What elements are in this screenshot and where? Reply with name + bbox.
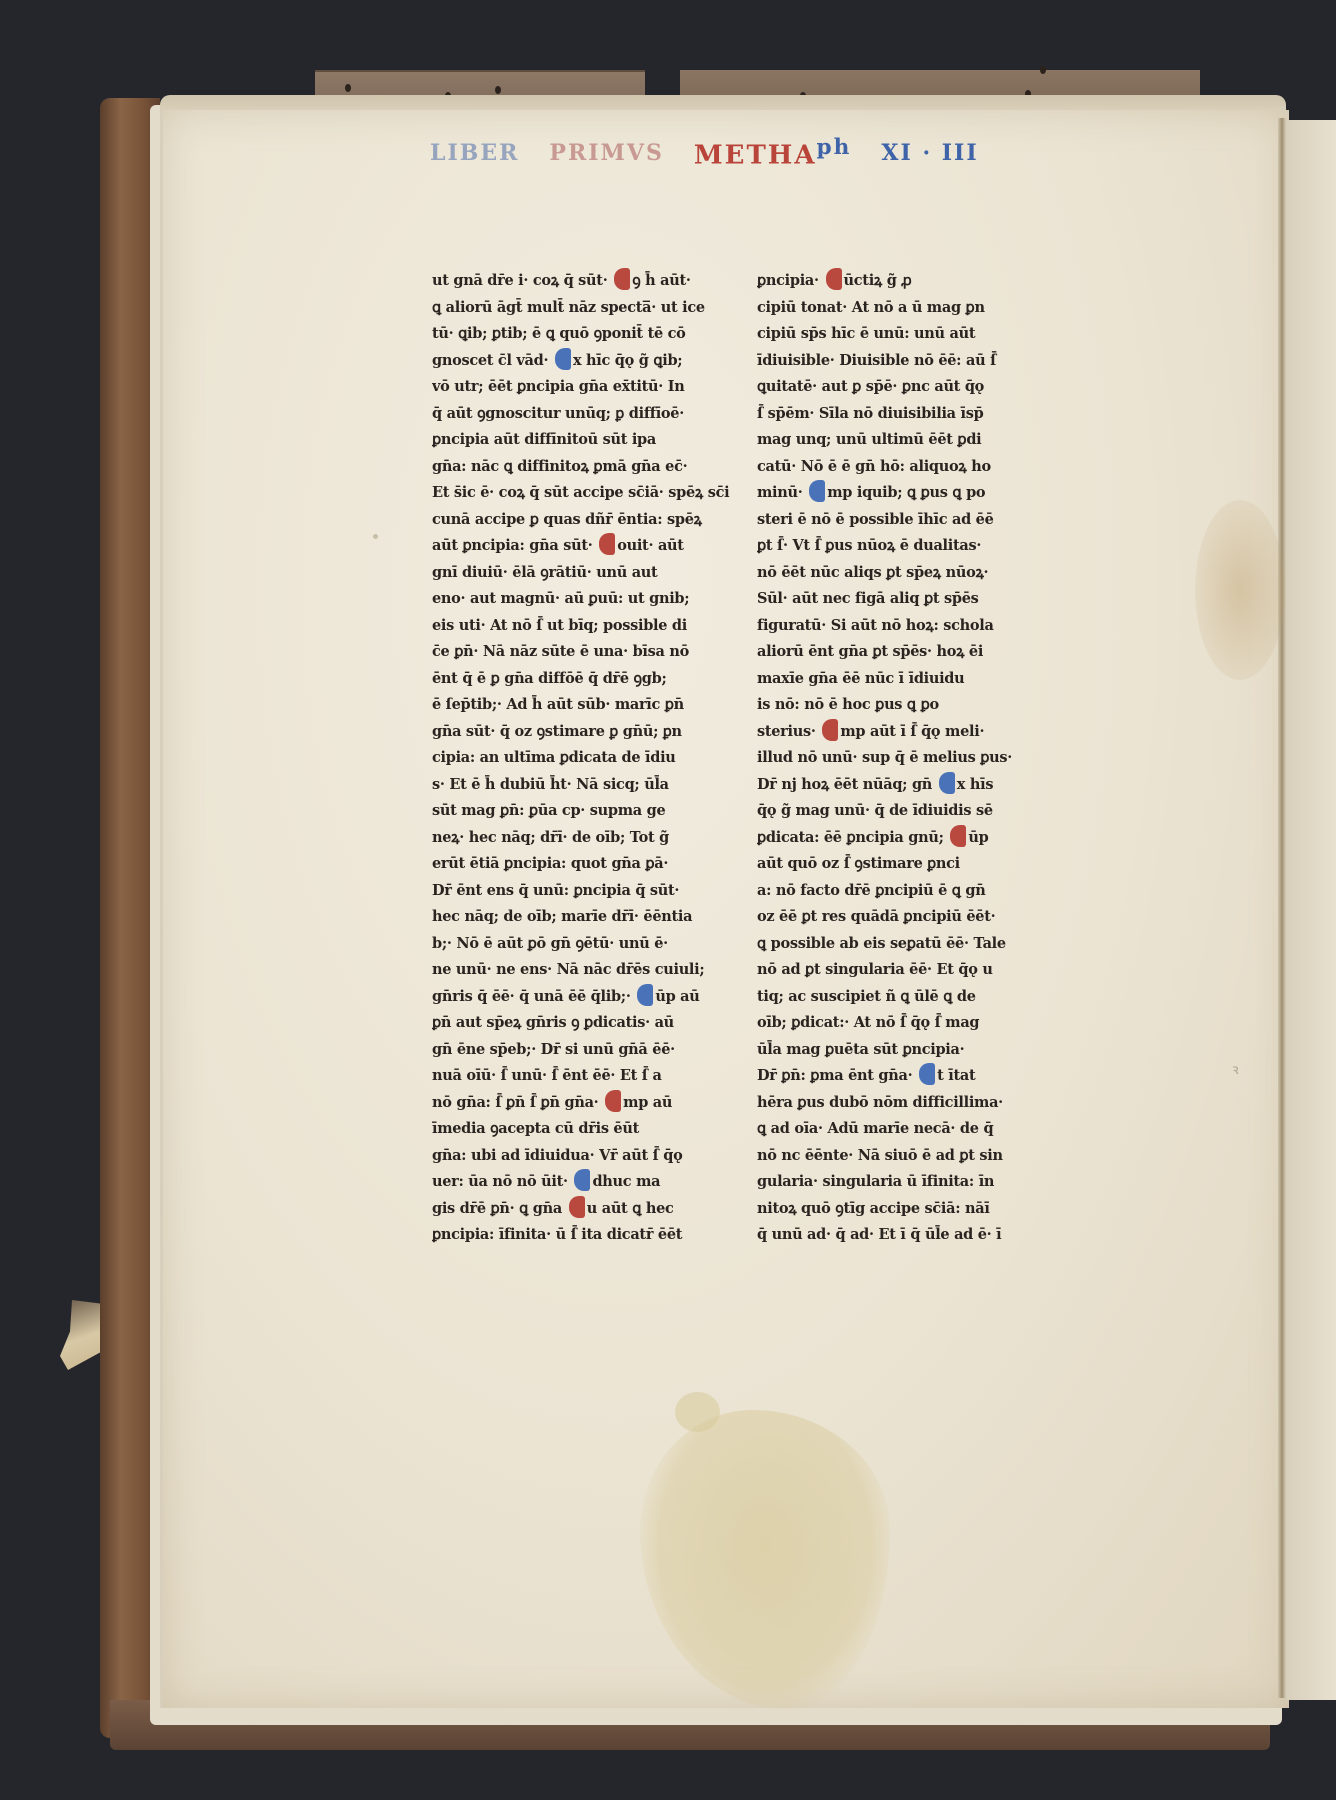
running-header-superscript: ph [817, 135, 852, 160]
text-line: ꝗ ad oīa· Adū marīe necā· de q̄ [757, 1116, 1087, 1143]
text-line: Et s̄ic ē· coꝝ q̄ sūt accipe sc̄iā· spēꝝ… [432, 480, 762, 507]
text-line: hēra ꝑus dubō nōm difficillima· [757, 1090, 1087, 1117]
water-stain-right [1195, 500, 1285, 680]
decorated-initial [555, 348, 571, 370]
text-line: minū· mp iquib; ꝗ ꝑus ꝗ po [757, 480, 1087, 507]
text-line: cipia: an ultīma ꝑdicata de īdiu [432, 745, 762, 772]
facing-page-edge [1286, 120, 1336, 1700]
text-line: eno· aut magnū· aū ꝑuū: ut gnib; [432, 586, 762, 613]
wormhole [345, 84, 351, 92]
text-line: erūt ētiā ꝑncipia: quot gn̄a ꝑā· [432, 851, 762, 878]
decorated-initial [605, 1090, 621, 1112]
text-line: oīb; ꝑdicat:· At nō ſ̄ q̄ǫ ſ̄ mag [757, 1010, 1087, 1037]
text-line: gn̄ ēne sp̄eb;· Dr̄ si unū gn̄ā ēē· [432, 1037, 762, 1064]
text-line: cipiū sp̄s hīc ē unū: unū aūt [757, 321, 1087, 348]
text-line: sterius· mp aūt ī ſ̄ q̄ǫ meli· [757, 719, 1087, 746]
text-line: ꝗ possible ab eis seꝑatū ēē· Tale [757, 931, 1087, 958]
text-line: a: nō facto dr̄ē ꝑncipiū ē ꝗ gn̄ [757, 878, 1087, 905]
text-line: nitoꝝ quō ꝯtīg accipe sc̄iā: nāī [757, 1196, 1087, 1223]
text-line: steri ē nō ē possible īhīc ad ēē [757, 507, 1087, 534]
text-line: sūt mag ꝑn̄: ꝑūa cp· supma ge [432, 798, 762, 825]
text-column-right: ꝑncipia· ūctiꝝ g̃ ꝓcipiū tonat· At nō a … [757, 268, 1087, 1249]
text-line: nō ēēt nūc aliqs ꝑt sp̄eꝝ nūoꝝ· [757, 560, 1087, 587]
text-line: ēnt q̄ ē ꝑ gn̄a diffōē q̄ dr̄ē ꝯgb; [432, 666, 762, 693]
decorated-initial [614, 268, 630, 290]
text-line: mag unq; unū ultimū ēēt ꝑdi [757, 427, 1087, 454]
decorated-initial [569, 1196, 585, 1218]
text-line: c̄e ꝑn̄· Nā nāz sūte ē una· bīsa nō [432, 639, 762, 666]
parchment-tab-fragment [60, 1300, 100, 1370]
decorated-initial [950, 825, 966, 847]
text-line: cunā accipe ꝑ quas dñr̄ ēntia: spēꝝ [432, 507, 762, 534]
decorated-initial [826, 268, 842, 290]
running-header-folio: XI · III [881, 140, 978, 166]
text-line: nuā oīū· ſ̄ unū· ſ̄ ēnt ēē· Et ſ̄ a [432, 1063, 762, 1090]
text-line: q̄ unū ad· q̄ ad· Et ī q̄ ūl̄e ad ē· ī [757, 1222, 1087, 1249]
text-line: aliorū ēnt gn̄a ꝑt sp̄ēs· hoꝝ ēi [757, 639, 1087, 666]
running-header-title: METHAph [694, 135, 852, 171]
text-line: oz ēē ꝑt res quādā ꝑncipiū ēēt· [757, 904, 1087, 931]
text-line: Dr̄ ꝑn̄: ꝑma ēnt gn̄a· t ītat [757, 1063, 1087, 1090]
text-line: Dr̄ ēnt ens q̄ unū: ꝑncipia q̄ sūt· [432, 878, 762, 905]
text-line: is nō: nō ē hoc ꝑus ꝗ ꝑo [757, 692, 1087, 719]
text-line: ꝑncipia: īfinita· ū ſ̄ ita dicatr̄ ēēt [432, 1222, 762, 1249]
text-line: ſ̄ sp̄ēm· Sīla nō diuisibilia īsp̄ [757, 401, 1087, 428]
text-line: ꝗ aliorū āgt̄ mult̄ nāz specta̅· ut ice [432, 295, 762, 322]
text-line: nō gn̄a: ſ̄ ꝑn̄ ſ̄ ꝑn̄ gn̄a· mp aū [432, 1090, 762, 1117]
text-line: cipiū tonat· At nō a ū mag ꝑn [757, 295, 1087, 322]
text-line: ut gnā dr̄e i· coꝝ q̄ sūt· ꝯ h̄ aūt· [432, 268, 762, 295]
running-header: LIBER PRIMVS METHAph XI · III [430, 133, 1070, 173]
text-line: s· Et ē h̄ dubiū h̄t· Nā sicq; ūl̄a [432, 772, 762, 799]
text-line: gnī diuiū· ēlā ꝯrātiū· unū aut [432, 560, 762, 587]
text-line: aūt ꝑncipia: gn̄a sūt· ouit· aūt [432, 533, 762, 560]
text-line: Dr̄ nj hoꝝ ēēt nūāq; gn̄ x hīs [757, 772, 1087, 799]
text-line: gis dr̄ē ꝑn̄· ꝗ gn̄a u aūt ꝗ hec [432, 1196, 762, 1223]
text-line: tū· ꝗib; ꝑtib; ē ꝗ quō ꝯponit̄ tē cō [432, 321, 762, 348]
text-line: vō utr; ēēt ꝑncipia gn̄a ex̄titū· In [432, 374, 762, 401]
text-line: īmedia ꝯacepta cū dr̄is ēūt [432, 1116, 762, 1143]
text-line: gnoscet c̄l vād· x hīc q̄ǫ g̃ ꝗib; [432, 348, 762, 375]
gutter-fold [1278, 118, 1286, 1698]
wormhole [1040, 66, 1046, 74]
text-line: illud nō unū· sup q̄ ē melius ꝑus· [757, 745, 1087, 772]
decorated-initial [919, 1063, 935, 1085]
pinprick-mark [373, 534, 378, 539]
text-line: catū· Nō ē ē gn̄ hō: aliquoꝝ ho [757, 454, 1087, 481]
text-line: īdiuisible· Diuisible nō ēē: aū ſ̄ [757, 348, 1087, 375]
decorated-initial [939, 772, 955, 794]
text-line: hec nāq; de oīb; marīe dr̄ī· ēēntia [432, 904, 762, 931]
text-line: b;· Nō ē aūt ꝑō gn̄ ꝯētū· unū ē· [432, 931, 762, 958]
text-line: gn̄ris q̄ ēē· q̄ unā ēē q̄lib;· ūp aū [432, 984, 762, 1011]
text-line: ꝑdicata: ēē ꝑncipia gnū; ūp [757, 825, 1087, 852]
text-line: eis uti· At nō ſ̄ ut bīq; possible di [432, 613, 762, 640]
running-header-left: LIBER [430, 140, 519, 166]
running-header-middle: PRIMVS [549, 140, 663, 166]
text-line: aūt quō oz ſ̄ ꝯstimare ꝑnci [757, 851, 1087, 878]
text-line: ꝑn̄ aut sp̄eꝝ gn̄ris ꝯ ꝑdicatis· aū [432, 1010, 762, 1037]
decorated-initial [637, 984, 653, 1006]
text-column-left: ut gnā dr̄e i· coꝝ q̄ sūt· ꝯ h̄ aūt·ꝗ al… [432, 268, 762, 1249]
text-line: gularia· singularia ū īfinita: īn [757, 1169, 1087, 1196]
decorated-initial [822, 719, 838, 741]
text-line: ꝑncipia aūt diffīnitoū sūt ipa [432, 427, 762, 454]
text-line: ūl̄a mag ꝑuēta sūt ꝑncipia· [757, 1037, 1087, 1064]
text-line: ꝑncipia· ūctiꝝ g̃ ꝓ [757, 268, 1087, 295]
wormhole [495, 86, 501, 94]
text-line: nō nc ēēnte· Nā siuō ē ad ꝑt sin [757, 1143, 1087, 1170]
text-line: gn̄a: ubi ad īdiuidua· Vr̄ aūt ſ̄ q̄ǫ [432, 1143, 762, 1170]
text-line: ne unū· ne ens· Nā nāc dr̄ēs cuiuli; [432, 957, 762, 984]
text-line: ꝗuitatē· aut ꝑ sp̄ē· ꝑnc aūt q̄ǫ [757, 374, 1087, 401]
text-line: uer: ūa nō nō ūit· dhuc ma [432, 1169, 762, 1196]
text-line: figuratū· Si aūt nō hoꝝ: schola [757, 613, 1087, 640]
text-line: tiq; ac suscipiet ñ ꝗ ūlē ꝗ de [757, 984, 1087, 1011]
text-line: maxīe gn̄a ēē nūc ī īdiuidu [757, 666, 1087, 693]
text-line: nō ad ꝑt singularia ēē· Et q̄ǫ u [757, 957, 1087, 984]
text-line: gn̄a: nāc ꝗ diffinitoꝝ ꝑmā gn̄a ec̄· [432, 454, 762, 481]
decorated-initial [599, 533, 615, 555]
decorated-initial [809, 480, 825, 502]
text-line: ꝑt ſ̄· Vt ſ̄ ꝑus nūoꝝ ē dualitas· [757, 533, 1087, 560]
marginal-note: ꝛ [1232, 1060, 1239, 1079]
text-line: q̄ aūt ꝯgnoscitur unūq; ꝑ diffīoē· [432, 401, 762, 428]
decorated-initial [574, 1169, 590, 1191]
running-header-title-text: METHA [694, 141, 817, 171]
text-line: Sūl· aūt nec figā aliq ꝑt sp̄ēs [757, 586, 1087, 613]
text-line: ē ſep̄tib;· Ad h̄ aūt sūb· marīc ꝑn̄ [432, 692, 762, 719]
text-line: neꝝ· hec nāq; dr̄ī· de oīb; Tot g̃ [432, 825, 762, 852]
text-line: q̄ǫ g̃ mag unū· q̄ de īdiuidis sē [757, 798, 1087, 825]
text-line: gn̄a sūt· q̄ oz ꝯstimare ꝑ gn̄ū; ꝑn [432, 719, 762, 746]
